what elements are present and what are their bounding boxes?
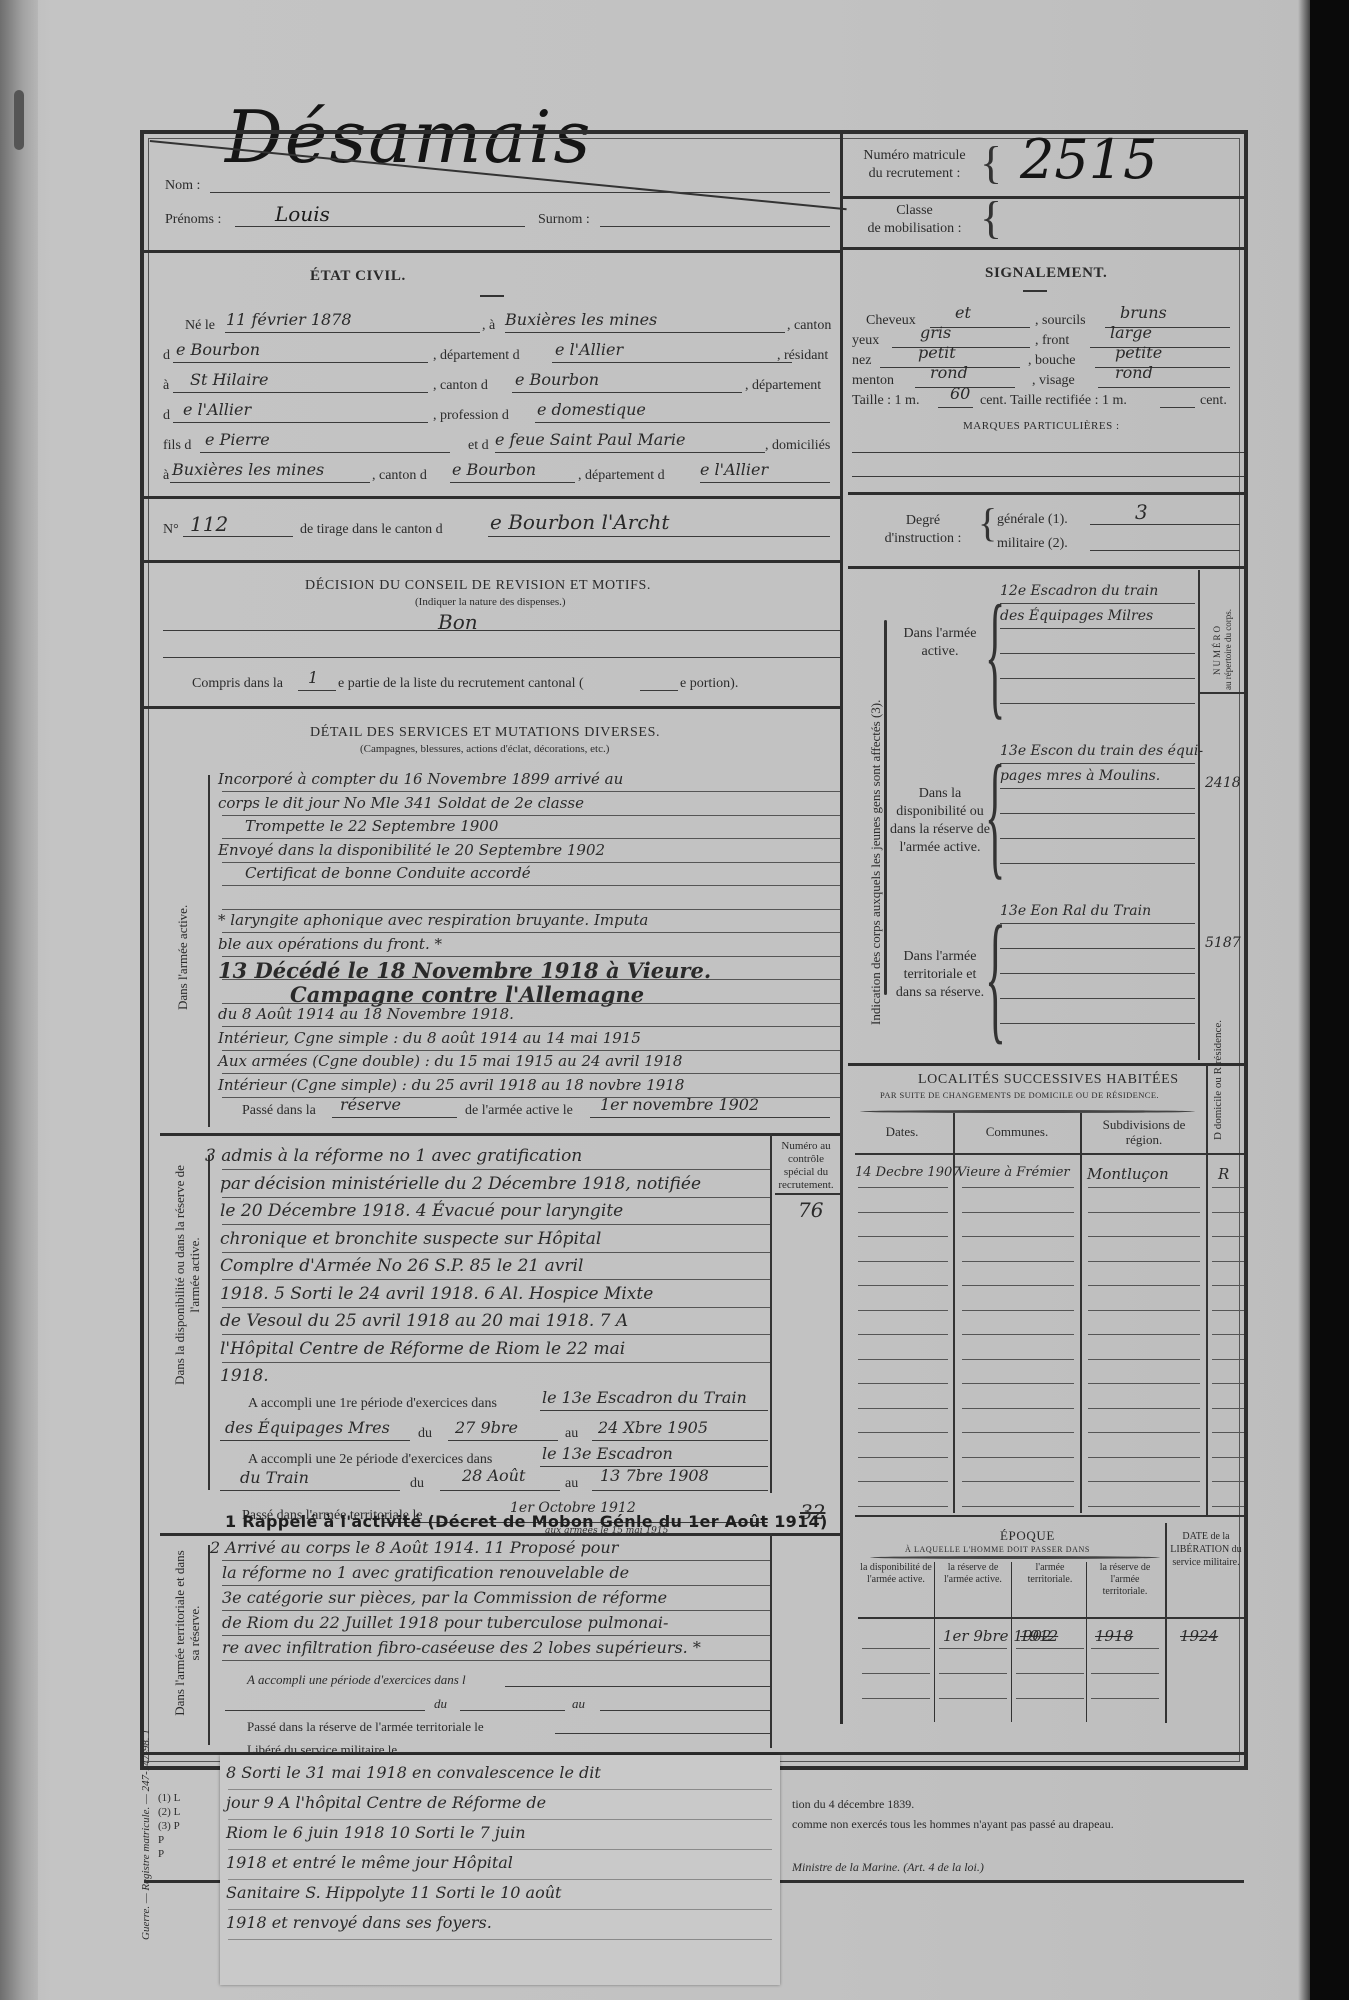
corps-vertical-label: Indication des corps auxquels les jeunes… (868, 700, 884, 1025)
periode2-au: 13 7bre 1908 (600, 1466, 709, 1485)
disponibilite-entry: 1918. 5 Sorti le 24 avril 1918. 6 Al. Ho… (220, 1284, 653, 1304)
periode-du-label: du (410, 1476, 424, 1492)
visage-label: , visage (1032, 373, 1075, 389)
rule (222, 1003, 840, 1004)
rule (1016, 1673, 1084, 1674)
matricule-label: Numéro matricule du recrutement : (852, 147, 977, 183)
menton-value: rond (930, 363, 968, 382)
rule (1000, 838, 1195, 839)
bouche-value: petite (1115, 343, 1162, 362)
surnom-line (600, 226, 830, 227)
rule (892, 347, 1030, 348)
rule (222, 979, 840, 980)
rule (939, 1673, 1007, 1674)
rule (1016, 1698, 1084, 1699)
rule (228, 1939, 772, 1940)
column-line (934, 1562, 935, 1722)
rule (535, 422, 830, 423)
rule (700, 482, 830, 483)
a-label: à (163, 378, 169, 394)
disponibilite-label: Dans la disponibilité ou dans la réserve… (172, 1150, 202, 1400)
rule (852, 452, 1244, 453)
cent-label: cent. (1200, 393, 1227, 409)
classe-label-2: de mobilisation : (852, 220, 977, 238)
rule (163, 630, 840, 631)
prenoms-value: Louis (275, 202, 330, 226)
imprint: Guerre. — Registre matricule. — 247-147-… (140, 1729, 152, 1940)
liberation-title: DATE de la LIBÉRATION du service militai… (1168, 1530, 1244, 1569)
front-value: large (1110, 323, 1152, 342)
nom-line (210, 192, 830, 193)
rule (1088, 1236, 1200, 1237)
rule (512, 392, 742, 393)
disponibilite-entry: chronique et bronchite suspecte sur Hôpi… (220, 1229, 601, 1249)
rule (228, 1849, 772, 1850)
services-subtitle: (Campagnes, blessures, actions d'éclat, … (360, 743, 609, 755)
disponibilite-entry: de Vesoul du 25 avril 1918 au 20 mai 191… (220, 1311, 628, 1331)
taille-label: Taille : 1 m. (852, 393, 919, 409)
territoriale-annotation: aux armées le 15 mai 1915 (545, 1526, 668, 1536)
domicilies-label: , domiciliés (765, 438, 830, 454)
territoriale-entry: de Riom du 22 Juillet 1918 pour tubercul… (222, 1613, 668, 1632)
services-title: DÉTAIL DES SERVICES ET MUTATIONS DIVERSE… (310, 725, 660, 741)
territoriale-label-text: Dans l'armée territoriale et dans sa rés… (172, 1548, 202, 1718)
epoque-column-label: l'armée territoriale. (1012, 1562, 1088, 1586)
rule (1088, 1506, 1200, 1507)
bracket-line (208, 1155, 210, 1490)
rule (222, 909, 840, 910)
brace: { (985, 585, 1005, 725)
slip-entry: 8 Sorti le 31 mai 1918 en convalescence … (226, 1763, 601, 1782)
rule (1000, 998, 1195, 999)
compris-label: Compris dans la (192, 676, 283, 692)
periode2-corps-2: du Train (240, 1468, 309, 1487)
service-entry: * laryngite aphonique avec respiration b… (218, 911, 648, 929)
matricule-label-2: du recrutement : (852, 165, 977, 183)
localite-date: 14 Decbre 1907 (855, 1165, 961, 1180)
marques-label: MARQUES PARTICULIÈRES : (963, 420, 1120, 432)
slip-entry: 1918 et renvoyé dans ses foyers. (226, 1913, 492, 1932)
taille-value: 60 (950, 384, 970, 403)
brace: { (980, 195, 1002, 241)
rule (170, 482, 370, 483)
rule (852, 476, 1244, 477)
rule (962, 1408, 1074, 1409)
rule (592, 1490, 768, 1491)
menton-label: menton (852, 373, 894, 389)
column-line (1011, 1562, 1012, 1722)
localite-type: R (1218, 1165, 1229, 1183)
rule (1000, 628, 1195, 629)
passe-reserve-date: 1er novembre 1902 (600, 1095, 759, 1114)
rule (183, 536, 293, 537)
service-entry: Certificat de bonne Conduite accordé (245, 864, 531, 882)
rule (1212, 1432, 1244, 1433)
profession-label: , profession d (433, 408, 509, 424)
binding-margin (0, 0, 38, 2000)
rule (858, 1481, 948, 1482)
rule (173, 392, 428, 393)
bracket-line (884, 620, 887, 995)
disponibilite-entry: l'Hôpital Centre de Réforme de Riom le 2… (220, 1339, 625, 1359)
periode1-corps-2: des Équipages Mres (225, 1418, 390, 1437)
column-line (1206, 1065, 1208, 1515)
rule (1212, 1481, 1244, 1482)
rule (962, 1261, 1074, 1262)
instruction-label: Degré d'instruction : (868, 512, 978, 548)
instruction-label-1: Degré (868, 512, 978, 530)
header-divider (144, 250, 840, 253)
canton-label: , canton (787, 318, 831, 334)
rule (222, 1050, 840, 1051)
ne-le-label: Né le (185, 318, 215, 334)
col-dates: Dates. (852, 1125, 952, 1140)
epoque-title: ÉPOQUE (1000, 1528, 1055, 1544)
rule (228, 1789, 772, 1790)
rule (222, 1197, 770, 1198)
yeux-label: yeux (852, 333, 879, 349)
rule (1000, 603, 1195, 604)
rule (222, 1362, 770, 1363)
departement-label: , département d (578, 468, 665, 484)
rule (1000, 678, 1195, 679)
rule (222, 1224, 770, 1225)
rule (1088, 1285, 1200, 1286)
numero-controle-label: Numéro au contrôle spécial du recrutemen… (772, 1140, 840, 1192)
periode-du-label: du (418, 1426, 432, 1442)
register-page: Désamais Nom : Prénoms : Louis Surnom : … (0, 0, 1310, 2000)
rule (775, 1193, 840, 1195)
birth-canton: e Bourbon (176, 340, 260, 359)
bouche-label: , bouche (1028, 353, 1075, 369)
birth-place: Buxières les mines (505, 310, 657, 329)
brace: { (980, 140, 1002, 186)
rule (962, 1236, 1074, 1237)
rule (200, 452, 450, 453)
territoriale-entry: re avec infiltration fibro-caséeuse des … (222, 1638, 701, 1657)
rule (222, 791, 840, 792)
rule (1000, 863, 1195, 864)
rule (173, 422, 428, 423)
tirage-label: de tirage dans le canton d (300, 522, 443, 538)
corps-entry: des Équipages Milres (1000, 608, 1153, 624)
rule (1000, 703, 1195, 704)
prenoms-label: Prénoms : (165, 212, 221, 228)
rule (1088, 1383, 1200, 1384)
rule (590, 1117, 830, 1118)
periode2-corps: le 13e Escadron (542, 1444, 673, 1463)
column-line (770, 1533, 772, 1748)
slip-entry: Sanitaire S. Hippolyte 11 Sorti le 10 ao… (226, 1883, 561, 1902)
ornament-rule (860, 1110, 1195, 1113)
territoriale-entry: la réforme no 1 avec gratification renou… (222, 1563, 629, 1582)
decision-subtitle: (Indiquer la nature des dispenses.) (415, 596, 566, 608)
rule (939, 1648, 1007, 1649)
rule (552, 362, 792, 363)
footnote-2: comme non exercés tous les hommes n'ayan… (792, 1817, 1114, 1832)
rule (1088, 1408, 1200, 1409)
rule (220, 1490, 400, 1491)
rule (858, 1285, 948, 1286)
numero-label-1: NUMÉRO (1212, 609, 1223, 690)
rule (858, 1617, 1244, 1619)
section-divider (848, 1063, 1244, 1066)
yeux-value: gris (920, 323, 951, 342)
periode-au-label: au (572, 1696, 585, 1712)
territoriale-entry: 2 Arrivé au corps le 8 Août 1914. 11 Pro… (210, 1538, 618, 1557)
canton-label: , canton d (433, 378, 488, 394)
residant-label: , résidant (777, 348, 828, 364)
rule (1000, 813, 1195, 814)
rule (858, 1383, 948, 1384)
corps-section-label: Dans la disponibilité ou dans la réserve… (890, 785, 990, 857)
periode-au-label: au (565, 1476, 578, 1492)
corps-section-label: Dans l'armée territoriale et dans sa rés… (890, 948, 990, 1002)
rule (962, 1481, 1074, 1482)
matricule-value: 2515 (1020, 128, 1157, 191)
tirage-number: 112 (190, 512, 228, 536)
epoque-subtitle: À LAQUELLE L'HOMME DOIT PASSER DANS (905, 1545, 1090, 1554)
service-entry: Envoyé dans la disponibilité le 20 Septe… (218, 841, 605, 859)
nez-label: nez (852, 353, 871, 369)
mother-name: e feue Saint Paul Marie (495, 430, 686, 449)
rule (222, 1169, 770, 1170)
periode-ter-label: A accompli une période d'exercices dans … (247, 1672, 466, 1688)
rule (222, 1660, 770, 1661)
tirage-canton: e Bourbon l'Archt (490, 510, 669, 534)
footnote-marker: P (158, 1834, 164, 1846)
classe-label: Classe de mobilisation : (852, 202, 977, 238)
rule (962, 1212, 1074, 1213)
rule (1088, 1334, 1200, 1335)
rule (222, 838, 840, 839)
epoque-value: 1918 (1095, 1627, 1133, 1645)
corps-entry: 13e Escon du train des équi- (1000, 743, 1203, 759)
nom-label: Nom : (165, 178, 200, 194)
service-entry: Intérieur, Cgne simple : du 8 août 1914 … (218, 1029, 641, 1047)
departement-label: , département d (433, 348, 520, 364)
rule (938, 407, 973, 408)
instruction-label-2: d'instruction : (868, 530, 978, 548)
signalement-title: SIGNALEMENT. (985, 265, 1107, 282)
periode1-corps: le 13e Escadron du Train (542, 1388, 747, 1407)
rule (1212, 1261, 1244, 1262)
rule (1000, 763, 1195, 764)
disponibilite-entry: par décision ministérielle du 2 Décembre… (220, 1174, 701, 1194)
parents-departement: e l'Allier (700, 460, 768, 479)
rule (1088, 1310, 1200, 1311)
territoriale-entry: 3e catégorie sur pièces, par la Commissi… (222, 1588, 667, 1607)
localites-subtitle: PAR SUITE DE CHANGEMENTS DE DOMICILE OU … (880, 1090, 1159, 1100)
column-line (1198, 570, 1200, 1060)
rule (173, 362, 428, 363)
cheveux-value: et (955, 303, 971, 322)
rule (222, 1026, 840, 1027)
rule (1088, 1457, 1200, 1458)
residence-departement: e l'Allier (183, 400, 251, 419)
rule (222, 1610, 770, 1611)
rule (1088, 1359, 1200, 1360)
rule (1098, 387, 1230, 388)
rule (1212, 1236, 1244, 1237)
d-label: d (163, 348, 170, 364)
rule (460, 1710, 565, 1711)
a-label: , à (482, 318, 495, 334)
departement-label: , département (745, 378, 821, 394)
rule (592, 1440, 768, 1441)
service-entry: Trompette le 22 Septembre 1900 (245, 817, 498, 835)
taille-rectifiee-label: cent. Taille rectifiée : 1 m. (980, 393, 1127, 409)
rule (222, 1560, 770, 1561)
rule (858, 1432, 948, 1433)
rule (600, 1710, 770, 1711)
brace: { (978, 503, 997, 543)
brace: { (985, 745, 1005, 885)
rule (222, 1307, 770, 1308)
rule (858, 1334, 948, 1335)
rule (858, 1359, 948, 1360)
rule (858, 1187, 948, 1188)
rule (858, 1310, 948, 1311)
rule (1090, 550, 1240, 551)
rule (450, 482, 575, 483)
birth-departement: e l'Allier (555, 340, 623, 359)
corps-entry: 12e Escadron du train (1000, 583, 1158, 599)
imprint-mark: 1 (140, 1729, 152, 1735)
disponibilite-entry: Complre d'Armée No 26 S.P. 85 le 21 avri… (220, 1256, 583, 1276)
sourcils-label: , sourcils (1035, 313, 1086, 329)
rule (1088, 1261, 1200, 1262)
section-divider (160, 1533, 840, 1536)
localite-subdivision: Montluçon (1087, 1165, 1169, 1183)
service-entry: corps le dit jour No Mle 341 Soldat de 2… (218, 794, 584, 812)
profession: e domestique (537, 400, 646, 419)
section-divider (848, 566, 1244, 569)
periode2-du: 28 Août (462, 1466, 525, 1485)
surnom-label: Surnom : (538, 212, 590, 228)
rule (858, 1457, 948, 1458)
rule (555, 1733, 770, 1734)
visage-value: rond (1115, 363, 1153, 382)
rule (1088, 1212, 1200, 1213)
rule (1000, 1023, 1195, 1024)
rule (228, 1879, 772, 1880)
rule (962, 1383, 1074, 1384)
rule (163, 657, 840, 658)
rule (220, 1440, 410, 1441)
prenoms-line (235, 226, 525, 227)
localites-title: LOCALITÉS SUCCESSIVES HABITÉES (918, 1072, 1179, 1088)
rule (1000, 788, 1195, 789)
rule (962, 1187, 1074, 1188)
rule (1212, 1457, 1244, 1458)
sourcils-value: bruns (1120, 303, 1167, 322)
slip-entry: jour 9 A l'hôpital Centre de Réforme de (226, 1793, 546, 1812)
rule (858, 1261, 948, 1262)
service-entry: Aux armées (Cgne double) : du 15 mai 191… (218, 1052, 682, 1070)
service-entry: du 8 Août 1914 au 18 Novembre 1918. (218, 1005, 514, 1023)
residence-canton: e Bourbon (515, 370, 599, 389)
binding-ring (14, 90, 24, 150)
rule (225, 1710, 425, 1711)
rule (1212, 1187, 1244, 1188)
rule (1212, 1212, 1244, 1213)
column-line (1080, 1113, 1082, 1513)
rule (228, 1819, 772, 1820)
rule (1091, 1698, 1159, 1699)
corps-entry: 13e Eon Ral du Train (1000, 903, 1151, 919)
generale-value: 3 (1135, 500, 1148, 524)
passe-reserve-value: réserve (340, 1095, 401, 1114)
title-rule (480, 295, 504, 297)
section-divider (144, 496, 840, 499)
brace: { (985, 905, 1006, 1050)
numero-controle-1: 76 (798, 1198, 823, 1222)
rule (222, 1635, 770, 1636)
et-label: et d (468, 438, 489, 454)
etat-civil-title: ÉTAT CIVIL. (310, 268, 406, 285)
rule (962, 1310, 1074, 1311)
militaire-label: militaire (2). (997, 536, 1068, 552)
passe-reserve-label: Passé dans la (242, 1103, 316, 1119)
rule (640, 690, 678, 691)
parents-canton: e Bourbon (452, 460, 536, 479)
rule (505, 332, 785, 333)
parents-domicile: Buxières les mines (172, 460, 324, 479)
rule (1000, 923, 1195, 924)
rule (862, 1698, 930, 1699)
canton-label: , canton d (372, 468, 427, 484)
footnote-marker: P (158, 1848, 164, 1860)
section-divider (144, 706, 840, 709)
rule (858, 1212, 948, 1213)
rule (962, 1506, 1074, 1507)
father-name: e Pierre (205, 430, 270, 449)
rule (1000, 973, 1195, 974)
pasted-slip: 8 Sorti le 31 mai 1918 en convalescence … (220, 1755, 780, 1985)
footnote-marker: (1) L (158, 1792, 180, 1804)
rule (1200, 692, 1244, 694)
periode2-label: A accompli une 2e période d'exercices da… (248, 1452, 492, 1468)
rule (962, 1285, 1074, 1286)
column-line (1165, 1523, 1167, 1723)
section-divider (144, 560, 840, 563)
liberation-value: 1924 (1180, 1627, 1218, 1645)
matricule-divider (840, 196, 1244, 199)
territoriale-label: Dans l'armée territoriale et dans sa rés… (172, 1548, 202, 1718)
rule (862, 1673, 930, 1674)
passe-reserve-label: de l'armée active le (465, 1103, 573, 1119)
rule (222, 862, 840, 863)
rule (1088, 1432, 1200, 1433)
epoque-column-label: la disponibilité de l'armée active. (858, 1562, 934, 1586)
corps-section-label: Dans l'armée active. (890, 625, 990, 661)
imprint-text: Guerre. — Registre matricule. — 247-147-… (140, 1737, 152, 1940)
rule (1212, 1359, 1244, 1360)
classe-label-1: Classe (852, 202, 977, 220)
rule (1160, 407, 1195, 408)
rule (1212, 1383, 1244, 1384)
column-line (1086, 1562, 1087, 1722)
rule (225, 332, 480, 333)
periode-du-label: du (434, 1696, 447, 1712)
rule (540, 1410, 768, 1411)
matricule-label-1: Numéro matricule (852, 147, 977, 165)
rule (862, 1648, 930, 1649)
rule (1212, 1506, 1244, 1507)
generale-label: générale (1). (997, 512, 1068, 528)
rule (939, 1698, 1007, 1699)
